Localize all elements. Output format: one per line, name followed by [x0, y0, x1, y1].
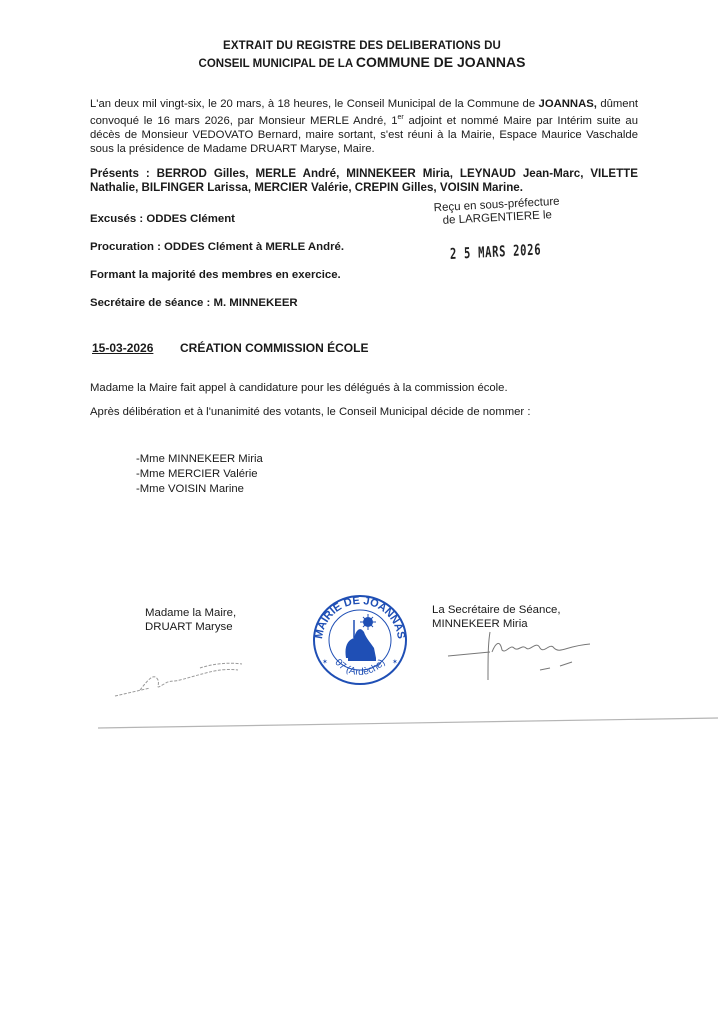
member-item: -Mme MERCIER Valérie [136, 467, 263, 482]
procuration-line: Procuration : ODDES Clément à MERLE Andr… [90, 241, 344, 253]
deliberation-paragraph-1: Madame la Maire fait appel à candidature… [90, 382, 508, 394]
member-item: -Mme VOISIN Marine [136, 482, 263, 497]
mayor-signature-block: Madame la Maire, DRUART Maryse [145, 606, 236, 634]
presents-list: Présents : BERROD Gilles, MERLE André, M… [90, 167, 638, 195]
secretary-line: Secrétaire de séance : M. MINNEKEER [90, 297, 298, 309]
horizontal-rule [98, 716, 718, 730]
majority-line: Formant la majorité des membres en exerc… [90, 269, 341, 281]
intro-paragraph: L'an deux mil vingt-six, le 20 mars, à 1… [90, 97, 638, 156]
excuses-line: Excusés : ODDES Clément [90, 213, 235, 225]
title-commune: COMMUNE DE JOANNAS [356, 54, 526, 70]
mayor-signature-scribble [110, 650, 260, 700]
deliberation-number: 15-03-2026 [92, 341, 153, 355]
deliberation-title: CRÉATION COMMISSION ÉCOLE [180, 341, 368, 355]
mayor-name: DRUART Maryse [145, 620, 236, 634]
commission-members: -Mme MINNEKEER Miria -Mme MERCIER Valéri… [136, 452, 263, 497]
town-hall-seal: MAIRIE DE JOANNAS 07 (Ardèche) ✶ ✶ [308, 592, 412, 688]
svg-text:✶: ✶ [322, 658, 328, 666]
secretary-signature-scribble [440, 624, 610, 684]
document-title-line1: EXTRAIT DU REGISTRE DES DELIBERATIONS DU [0, 40, 724, 52]
deliberation-paragraph-2: Après délibération et à l'unanimité des … [90, 406, 530, 418]
secretary-role: La Secrétaire de Séance, [432, 603, 561, 617]
reception-date: 2 5 MARS 2026 [450, 240, 542, 263]
reception-stamp: Reçu en sous-préfecture de LARGENTIERE l… [416, 195, 577, 229]
marianne-emblem-icon [345, 614, 376, 661]
document-title-line2: CONSEIL MUNICIPAL DE LA COMMUNE DE JOANN… [0, 54, 724, 70]
svg-text:✶: ✶ [392, 658, 398, 666]
title-prefix: CONSEIL MUNICIPAL DE LA [199, 58, 356, 70]
intro-text-1: L'an deux mil vingt-six, le 20 mars, à 1… [90, 98, 539, 110]
intro-commune: JOANNAS, [539, 98, 597, 110]
member-item: -Mme MINNEKEER Miria [136, 452, 263, 467]
mayor-role: Madame la Maire, [145, 606, 236, 620]
